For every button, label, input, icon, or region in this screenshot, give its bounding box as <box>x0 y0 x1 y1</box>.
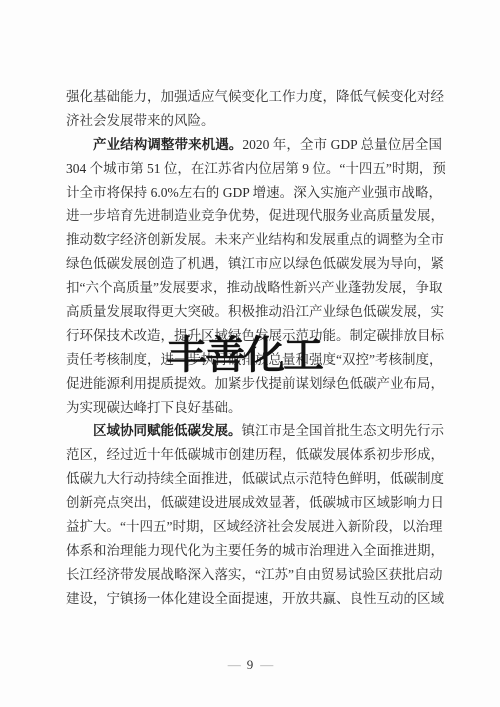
line-text: 扣“六个高质量”发展要求，推动战略性新兴产业蓬勃发展，争取 <box>66 280 442 295</box>
line-text: 促进能源利用提质提效。加紧步伐提前谋划绿色低碳产业布局， <box>66 376 444 391</box>
document-page: 强化基础能力，加强适应气候变化工作力度，降低气候变化对经 济社会发展带来的风险。… <box>0 0 500 707</box>
text-line: 产业结构调整带来机遇。2020 年，全市 GDP 总量位居全国 <box>66 133 442 157</box>
line-text: 高质量发展取得更大突破。积极推动沿江产业绿色低碳发展，实 <box>66 304 444 319</box>
text-line: 区域协同赋能低碳发展。镇江市是全国首批生态文明先行示 <box>66 419 442 443</box>
line-text: 体系和治理能力现代化为主要任务的城市治理进入全面推进期， <box>66 543 444 558</box>
footer-dash-right: — <box>260 657 272 672</box>
text-line: 长江经济带发展战略深入落实，“江苏”自由贸易试验区获批启动 <box>66 563 442 587</box>
text-line: 绿色低碳发展创造了机遇，镇江市应以绿色低碳发展为导向，紧 <box>66 252 442 276</box>
line-text: 济社会发展带来的风险。 <box>66 113 215 128</box>
text-line: 高质量发展取得更大突破。积极推动沿江产业绿色低碳发展，实 <box>66 300 442 324</box>
text-line: 建设，宁镇扬一体化建设全面提速，开放共赢、良性互动的区域 <box>66 587 442 611</box>
line-text: 建设，宁镇扬一体化建设全面提速，开放共赢、良性互动的区域 <box>66 591 444 606</box>
line-text: 2020 年，全市 GDP 总量位居全国 <box>242 137 442 152</box>
line-text: 为实现碳达峰打下良好基础。 <box>66 400 242 415</box>
line-text: 进一步培育先进制造业竞争优势，促进现代服务业高质量发展， <box>66 208 444 223</box>
text-line: 益扩大。“十四五”时期，区域经济社会发展进入新阶段，以治理 <box>66 515 442 539</box>
text-line: 计全市将保持 6.0%左右的 GDP 增速。深入实施产业强市战略， <box>66 181 442 205</box>
text-line: 强化基础能力，加强适应气候变化工作力度，降低气候变化对经 <box>66 85 442 109</box>
text-line: 济社会发展带来的风险。 <box>66 109 442 133</box>
page-number: 9 <box>247 657 254 672</box>
watermark: 丰善化工 <box>166 333 322 377</box>
text-line: 304 个城市第 51 位，在江苏省内位居第 9 位。“十四五”时期，预 <box>66 157 442 181</box>
paragraph-lead: 产业结构调整带来机遇。 <box>93 137 242 152</box>
text-line: 创新亮点突出，低碳建设进展成效显著，低碳城市区域影响力日 <box>66 491 442 515</box>
line-text: 强化基础能力，加强适应气候变化工作力度，降低气候变化对经 <box>66 89 444 104</box>
line-text: 益扩大。“十四五”时期，区域经济社会发展进入新阶段，以治理 <box>66 519 442 534</box>
line-text: 推动数字经济创新发展。未来产业结构和发展重点的调整为全市 <box>66 232 444 247</box>
line-text: 计全市将保持 6.0%左右的 GDP 增速。深入实施产业强市战略， <box>66 185 442 200</box>
line-text: 304 个城市第 51 位，在江苏省内位居第 9 位。“十四五”时期，预 <box>66 161 446 176</box>
text-line: 体系和治理能力现代化为主要任务的城市治理进入全面推进期， <box>66 539 442 563</box>
line-text: 低碳九大行动持续全面推进，低碳试点示范特色鲜明，低碳制度 <box>66 471 444 486</box>
paragraph-lead: 区域协同赋能低碳发展。 <box>93 423 242 438</box>
text-line: 范区，经过近十年低碳城市创建历程，低碳发展体系初步形成， <box>66 443 442 467</box>
text-line: 扣“六个高质量”发展要求，推动战略性新兴产业蓬勃发展，争取 <box>66 276 442 300</box>
text-line: 低碳九大行动持续全面推进，低碳试点示范特色鲜明，低碳制度 <box>66 467 442 491</box>
text-line: 推动数字经济创新发展。未来产业结构和发展重点的调整为全市 <box>66 228 442 252</box>
footer-dash-left: — <box>228 657 240 672</box>
text-line: 进一步培育先进制造业竞争优势，促进现代服务业高质量发展， <box>66 204 442 228</box>
line-text: 创新亮点突出，低碳建设进展成效显著，低碳城市区域影响力日 <box>66 495 444 510</box>
text-line: 为实现碳达峰打下良好基础。 <box>66 396 442 420</box>
line-text: 绿色低碳发展创造了机遇，镇江市应以绿色低碳发展为导向，紧 <box>66 256 444 271</box>
page-footer: —9— <box>0 656 500 673</box>
line-text: 镇江市是全国首批生态文明先行示 <box>242 423 445 438</box>
line-text: 长江经济带发展战略深入落实，“江苏”自由贸易试验区获批启动 <box>66 567 442 582</box>
line-text: 范区，经过近十年低碳城市创建历程，低碳发展体系初步形成， <box>66 447 444 462</box>
